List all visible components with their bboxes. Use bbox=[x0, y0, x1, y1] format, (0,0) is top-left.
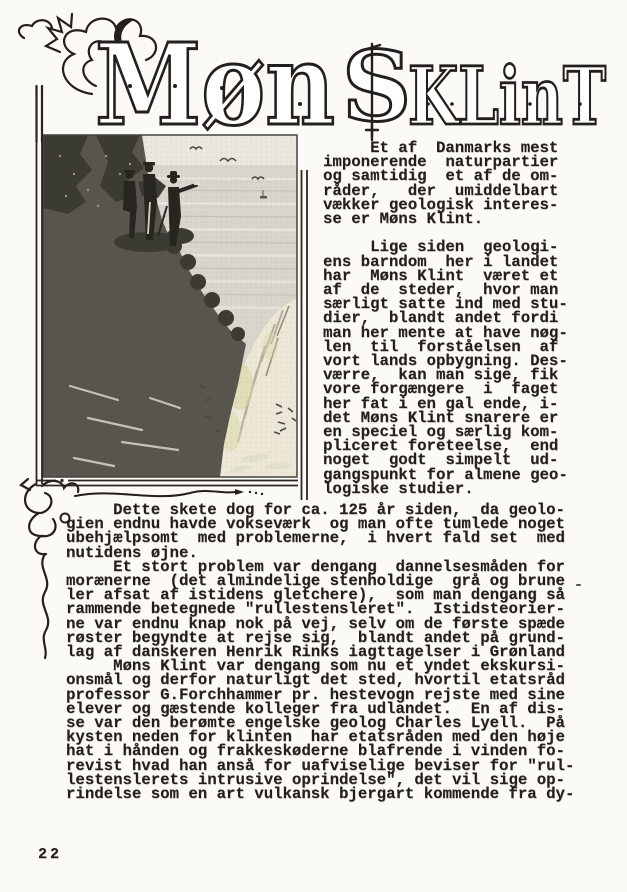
page-number: 22 bbox=[38, 846, 62, 863]
paragraph: Dette skete dog for ca. 125 år siden, da… bbox=[66, 503, 574, 560]
paragraph: Et af Danmarks mest imponerende naturpar… bbox=[323, 141, 568, 226]
paragraph: Lige siden geologi- ens barndom her i la… bbox=[323, 240, 568, 496]
body-text: Dette skete dog for ca. 125 år siden, da… bbox=[66, 503, 574, 801]
photo-scene bbox=[43, 135, 297, 477]
intro-column: Et af Danmarks mest imponerende naturpar… bbox=[323, 141, 568, 496]
paragraph: Møns Klint var dengang som nu et yndet e… bbox=[66, 659, 574, 801]
paragraph: Et stort problem var dengang dannelsesmå… bbox=[66, 560, 574, 659]
title-word-klint: KLinT bbox=[408, 49, 606, 143]
document-page: Møn S KLinT bbox=[0, 0, 627, 892]
halftone-grain bbox=[43, 135, 297, 477]
scan-artifact-dot bbox=[576, 584, 581, 586]
title-letter-s-ornament: S bbox=[342, 30, 411, 143]
